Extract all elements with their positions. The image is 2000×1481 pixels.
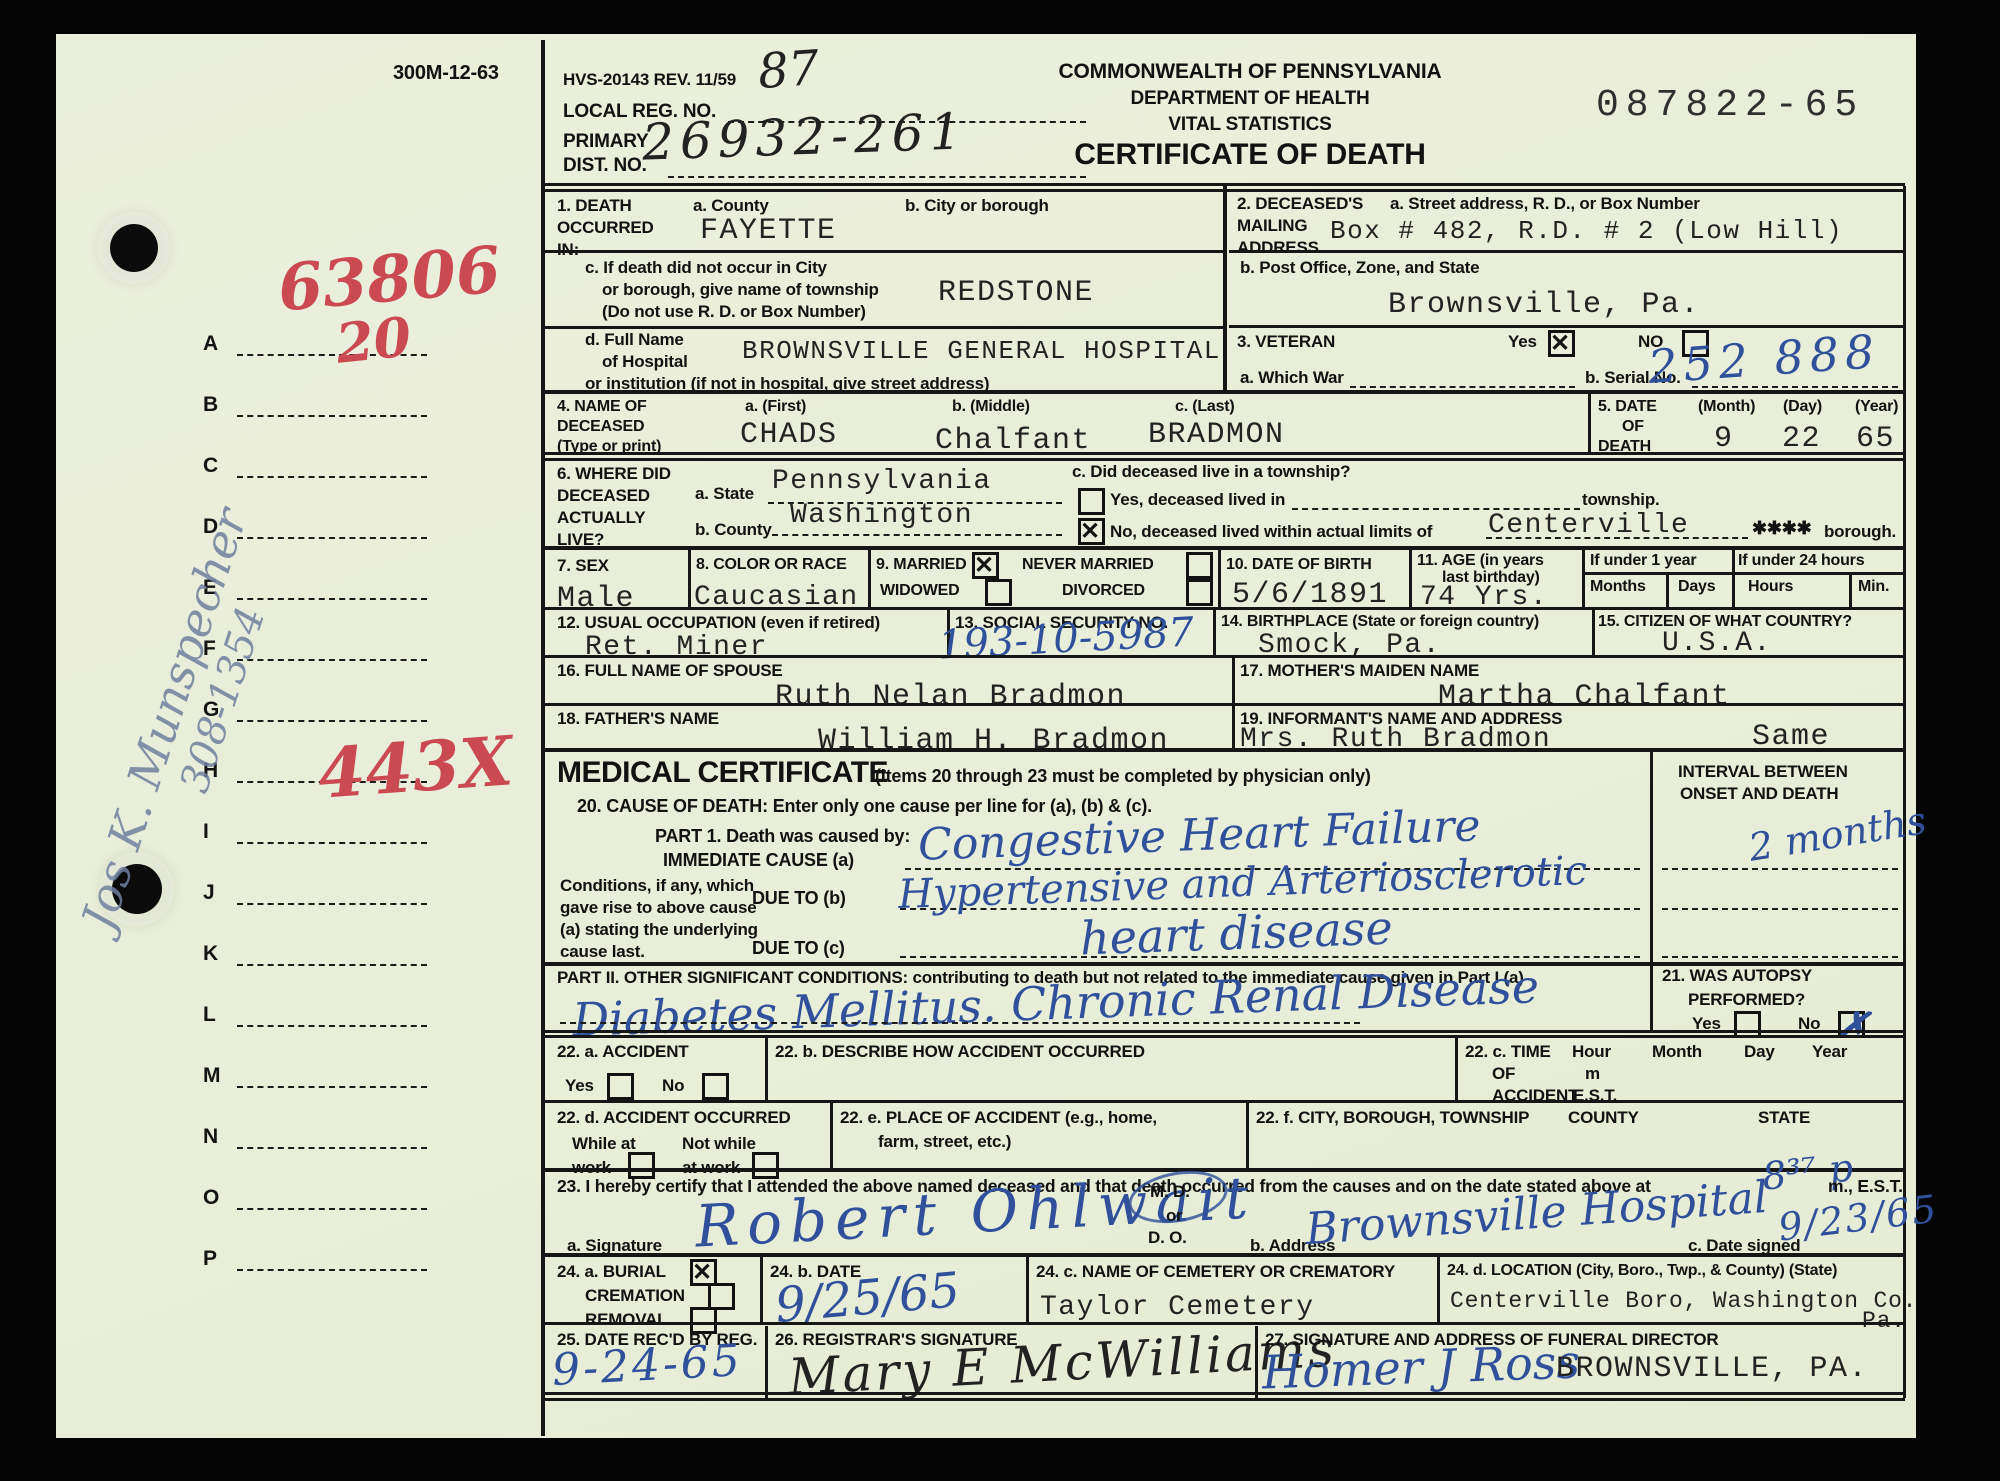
s24-burial-label: 24. a. BURIAL bbox=[557, 1262, 666, 1282]
s18-value: William H. Bradmon bbox=[818, 724, 1169, 758]
rule bbox=[868, 550, 871, 607]
checkbox-never-married[interactable] bbox=[1186, 552, 1213, 579]
s21-label1: 21. WAS AUTOPSY bbox=[1662, 966, 1812, 986]
s20-cond3: (a) stating the underlying bbox=[560, 920, 758, 940]
s22f-state-label: STATE bbox=[1758, 1108, 1810, 1128]
s20-cond4: cause last. bbox=[560, 942, 645, 962]
s5-year-value: 65 bbox=[1856, 422, 1895, 456]
photographed-death-certificate: 300M-12-63 ABCDEFGHIJKLMNOP 63806 20 443… bbox=[0, 0, 2000, 1481]
s3-label: 3. VETERAN bbox=[1237, 332, 1335, 352]
checkbox-autopsy-no[interactable] bbox=[1838, 1011, 1865, 1038]
dotted-line bbox=[900, 956, 1640, 958]
s22f-county-label: COUNTY bbox=[1568, 1108, 1639, 1128]
interval-label1: INTERVAL BETWEEN bbox=[1678, 762, 1848, 782]
s22c-label2: OF bbox=[1492, 1064, 1515, 1084]
margin-letter-N: N bbox=[203, 1125, 218, 1149]
s18-label: 18. FATHER'S NAME bbox=[557, 709, 719, 729]
s27-funeral-director-signature: Homer J Ross bbox=[1261, 1334, 1581, 1399]
s6-num2: DECEASED bbox=[557, 486, 650, 506]
primary-dist-value: 26932-261 bbox=[641, 102, 968, 171]
margin-letter-line bbox=[237, 1086, 427, 1088]
s22b-label: 22. b. DESCRIBE HOW ACCIDENT OCCURRED bbox=[775, 1042, 1145, 1062]
rule bbox=[1455, 1037, 1458, 1100]
s14-label: 14. BIRTHPLACE (State or foreign country… bbox=[1221, 613, 1539, 631]
s22d-notwhile-label: Not while bbox=[682, 1134, 756, 1154]
rule bbox=[1582, 550, 1585, 607]
s1d-label1: d. Full Name bbox=[585, 330, 684, 350]
margin-letter-line bbox=[237, 1147, 427, 1149]
s5-day-label: (Day) bbox=[1783, 398, 1822, 416]
margin-letter-line bbox=[237, 1208, 427, 1210]
dotted-line bbox=[1662, 956, 1898, 958]
s8-label: 8. COLOR OR RACE bbox=[696, 556, 847, 574]
rule bbox=[1437, 1256, 1440, 1322]
s6c-label: c. Did deceased live in a township? bbox=[1072, 462, 1350, 482]
s22a-label: 22. a. ACCIDENT bbox=[557, 1042, 688, 1062]
s22a-no-label: No bbox=[662, 1076, 684, 1096]
s1c-value: REDSTONE bbox=[938, 276, 1094, 310]
s2-num3: ADDRESS bbox=[1237, 238, 1319, 258]
checkbox-lived-township-no[interactable] bbox=[1078, 518, 1105, 545]
s24d-value2: Pa. bbox=[1862, 1308, 1906, 1334]
medical-certificate-title: MEDICAL CERTIFICATE bbox=[557, 756, 888, 790]
s5-day-value: 22 bbox=[1782, 422, 1821, 456]
margin-letter-line bbox=[237, 903, 427, 905]
s6-num: 6. WHERE DID bbox=[557, 464, 671, 484]
s6b-label: b. County bbox=[695, 520, 772, 540]
rule bbox=[1246, 1102, 1249, 1168]
rule bbox=[545, 390, 1905, 394]
file-number-stamp: 087822-65 bbox=[1596, 84, 1864, 127]
red-pencil-note-3: 443X bbox=[315, 721, 515, 814]
rule bbox=[545, 1035, 1905, 1038]
s20-part1-label: PART 1. Death was caused by: bbox=[655, 826, 910, 847]
primary-label: PRIMARY bbox=[563, 131, 649, 153]
s6-strikeout-marks: ✱✱✱✱ bbox=[1752, 518, 1812, 539]
checkbox-not-while-at-work[interactable] bbox=[752, 1152, 779, 1179]
s1c-label1: c. If death did not occur in City bbox=[585, 258, 827, 278]
s1a-label: a. County bbox=[693, 196, 769, 216]
rule bbox=[1229, 250, 1903, 253]
rule bbox=[1232, 657, 1235, 703]
s1d-label2: of Hospital bbox=[602, 352, 688, 372]
checkbox-accident-yes[interactable] bbox=[607, 1073, 634, 1100]
s2b-value: Brownsville, Pa. bbox=[1388, 288, 1700, 322]
s12-label: 12. USUAL OCCUPATION (even if retired) bbox=[557, 613, 880, 633]
s22a-yes-label: Yes bbox=[565, 1076, 594, 1096]
s22d-label: 22. d. ACCIDENT OCCURRED bbox=[557, 1108, 791, 1128]
checkbox-divorced[interactable] bbox=[1186, 579, 1213, 606]
s16-value: Ruth Nelan Bradmon bbox=[775, 680, 1126, 714]
rule bbox=[1582, 572, 1732, 575]
s22f-label: 22. f. CITY, BOROUGH, TOWNSHIP bbox=[1256, 1108, 1529, 1128]
s22c-label1: 22. c. TIME bbox=[1465, 1042, 1551, 1062]
margin-letter-K: K bbox=[203, 942, 218, 966]
s24d-label: 24. d. LOCATION (City, Boro., Twp., & Co… bbox=[1447, 1262, 1837, 1280]
rule bbox=[760, 1256, 763, 1322]
rule bbox=[1255, 1326, 1258, 1398]
s4-middle-label: b. (Middle) bbox=[952, 398, 1030, 416]
s22c-hour-label: Hour bbox=[1572, 1042, 1611, 1062]
rule bbox=[1213, 609, 1216, 655]
s4-first-label: a. (First) bbox=[745, 398, 806, 416]
s4-last-label: c. (Last) bbox=[1175, 398, 1235, 416]
s11-under1yr-label: If under 1 year bbox=[1590, 552, 1696, 570]
margin-letter-line bbox=[237, 1269, 427, 1271]
margin-letter-B: B bbox=[203, 393, 218, 417]
s6a-label: a. State bbox=[695, 484, 754, 504]
checkbox-lived-township-yes[interactable] bbox=[1078, 488, 1105, 515]
department-heading: DEPARTMENT OF HEALTH bbox=[1000, 88, 1500, 110]
s9-widowed-label: WIDOWED bbox=[880, 582, 959, 600]
s4-num2: DECEASED bbox=[557, 418, 644, 436]
dotted-line bbox=[668, 176, 1086, 178]
hole-punch-top bbox=[110, 224, 158, 272]
rule bbox=[545, 748, 1905, 752]
rule bbox=[1732, 550, 1735, 607]
s4-num: 4. NAME OF bbox=[557, 398, 647, 416]
s5-month-value: 9 bbox=[1714, 422, 1734, 456]
s24c-value: Taylor Cemetery bbox=[1040, 1292, 1315, 1323]
checkbox-while-at-work[interactable] bbox=[628, 1152, 655, 1179]
s1c-label3: (Do not use R. D. or Box Number) bbox=[602, 302, 866, 322]
rule bbox=[688, 550, 691, 607]
s10-label: 10. DATE OF BIRTH bbox=[1226, 556, 1372, 574]
s2-num2: MAILING bbox=[1237, 216, 1307, 236]
commonwealth-heading: COMMONWEALTH OF PENNSYLVANIA bbox=[1000, 60, 1500, 84]
rule bbox=[545, 1030, 1905, 1033]
rule bbox=[545, 1398, 1905, 1401]
s20-cond2: gave rise to above cause bbox=[560, 898, 756, 918]
s1a-value: FAYETTE bbox=[700, 214, 837, 248]
rule bbox=[545, 1253, 1905, 1257]
checkbox-veteran-yes[interactable] bbox=[1548, 330, 1575, 357]
s1d-value: BROWNSVILLE GENERAL HOSPITAL bbox=[742, 336, 1221, 366]
form-number: HVS-20143 REV. 11/59 bbox=[563, 70, 736, 90]
s6a-value: Pennsylvania bbox=[772, 466, 992, 497]
s6-township-label: township. bbox=[1582, 490, 1660, 510]
s22c-day-label: Day bbox=[1744, 1042, 1775, 1062]
rule bbox=[765, 1037, 768, 1100]
s4-last-value: BRADMON bbox=[1148, 418, 1285, 452]
s2b-label: b. Post Office, Zone, and State bbox=[1240, 258, 1479, 278]
s3-yes-label: Yes bbox=[1508, 332, 1537, 352]
s23-md-label: M. D. bbox=[1150, 1182, 1190, 1202]
interval-label2: ONSET AND DEATH bbox=[1680, 784, 1839, 804]
rule bbox=[545, 546, 1905, 550]
s22c-year-label: Year bbox=[1812, 1042, 1847, 1062]
s22e-label2: farm, street, etc.) bbox=[878, 1132, 1011, 1152]
rule bbox=[1849, 572, 1852, 607]
dotted-line bbox=[772, 534, 1062, 536]
s20-immediate-label: IMMEDIATE CAUSE (a) bbox=[663, 850, 854, 871]
s22c-month-label: Month bbox=[1652, 1042, 1702, 1062]
s9-divorced-label: DIVORCED bbox=[1062, 582, 1145, 600]
checkbox-burial[interactable] bbox=[690, 1259, 717, 1286]
checkbox-cremation[interactable] bbox=[708, 1283, 735, 1310]
s5-year-label: (Year) bbox=[1855, 398, 1898, 416]
s24-removal-label: REMOVAL bbox=[585, 1310, 667, 1330]
s17-label: 17. MOTHER'S MAIDEN NAME bbox=[1240, 661, 1479, 681]
s6-no-label: No, deceased lived within actual limits … bbox=[1110, 522, 1432, 542]
s9-married-label: 9. MARRIED bbox=[876, 556, 966, 574]
checkbox-autopsy-yes[interactable] bbox=[1734, 1011, 1761, 1038]
margin-letter-line bbox=[237, 964, 427, 966]
s22c-m-label: m bbox=[1585, 1064, 1600, 1084]
certificate-title: CERTIFICATE OF DEATH bbox=[1000, 138, 1500, 172]
rule bbox=[1409, 550, 1412, 607]
rule bbox=[545, 1392, 1905, 1395]
rule bbox=[1218, 550, 1221, 607]
dist-no-label: DIST. NO. bbox=[563, 155, 647, 177]
s1-num2: OCCURRED bbox=[557, 218, 654, 238]
checkbox-widowed[interactable] bbox=[985, 579, 1012, 606]
rule bbox=[545, 607, 1905, 610]
s7-label: 7. SEX bbox=[557, 556, 609, 576]
s20-dueb-label: DUE TO (b) bbox=[752, 888, 846, 909]
rule bbox=[545, 250, 1223, 253]
print-code: 300M-12-63 bbox=[393, 62, 499, 85]
s22c-label3: ACCIDENT bbox=[1492, 1086, 1578, 1106]
rule bbox=[1732, 572, 1903, 575]
checkbox-accident-no[interactable] bbox=[702, 1073, 729, 1100]
s20-cond1: Conditions, if any, which bbox=[560, 876, 754, 896]
s24c-label: 24. c. NAME OF CEMETERY OR CREMATORY bbox=[1036, 1262, 1395, 1282]
margin-letter-A: A bbox=[203, 332, 218, 356]
rule bbox=[545, 452, 1905, 455]
dotted-line bbox=[560, 1022, 1360, 1024]
rule bbox=[1592, 609, 1595, 655]
s3-war-label: a. Which War bbox=[1240, 368, 1344, 388]
s20-duec-label: DUE TO (c) bbox=[752, 938, 845, 959]
s22e-label1: 22. e. PLACE OF ACCIDENT (e.g., home, bbox=[840, 1108, 1157, 1128]
s1b-label: b. City or borough bbox=[905, 196, 1049, 216]
margin-letter-O: O bbox=[203, 1186, 219, 1210]
margin-letter-line bbox=[237, 720, 427, 722]
dotted-line bbox=[1350, 386, 1575, 388]
vital-statistics-heading: VITAL STATISTICS bbox=[1000, 114, 1500, 136]
s5-month-label: (Month) bbox=[1698, 398, 1755, 416]
s11-min-label: Min. bbox=[1858, 578, 1889, 596]
s22d-whileat-label: While at bbox=[572, 1134, 636, 1154]
rule bbox=[1229, 325, 1903, 328]
s23-do-label: D. O. bbox=[1148, 1228, 1187, 1248]
rule bbox=[545, 1322, 1905, 1325]
rule bbox=[545, 326, 1223, 329]
rule bbox=[545, 655, 1905, 658]
s5-num: 5. DATE bbox=[1598, 398, 1657, 416]
rule bbox=[1232, 705, 1235, 748]
s16-label: 16. FULL NAME OF SPOUSE bbox=[557, 661, 783, 681]
margin-letter-P: P bbox=[203, 1247, 217, 1271]
s7-value: Male bbox=[557, 582, 635, 616]
margin-letter-J: J bbox=[203, 881, 215, 905]
margin-letter-L: L bbox=[203, 1003, 216, 1027]
s23-or-label: or bbox=[1166, 1206, 1183, 1226]
s2a-label: a. Street address, R. D., or Box Number bbox=[1390, 194, 1700, 214]
s11-days-label: Days bbox=[1678, 578, 1715, 596]
s24-cremation-label: CREMATION bbox=[585, 1286, 685, 1306]
s11-hours-label: Hours bbox=[1748, 578, 1793, 596]
rule bbox=[1223, 186, 1227, 392]
rule bbox=[765, 1326, 768, 1398]
s11-months-label: Months bbox=[1590, 578, 1646, 596]
s24d-value: Centerville Boro, Washington Co. bbox=[1450, 1288, 1917, 1314]
margin-letter-line bbox=[237, 659, 427, 661]
rule bbox=[545, 458, 1905, 461]
s6b-value: Washington bbox=[790, 500, 973, 531]
s22c-est-label: E.S.T. bbox=[1573, 1086, 1617, 1106]
margin-letter-M: M bbox=[203, 1064, 221, 1088]
s2a-value: Box # 482, R.D. # 2 (Low Hill) bbox=[1330, 216, 1843, 246]
local-reg-value: 87 bbox=[756, 40, 821, 100]
s27-address-value: BROWNSVILLE, PA. bbox=[1556, 1352, 1868, 1386]
checkbox-married[interactable] bbox=[972, 552, 999, 579]
rule bbox=[1666, 572, 1669, 607]
s9-never-label: NEVER MARRIED bbox=[1022, 556, 1154, 574]
rule bbox=[545, 1100, 1905, 1103]
rule bbox=[1588, 394, 1591, 452]
s6-yes-label: Yes, deceased lived in bbox=[1110, 490, 1285, 510]
s4-first-value: CHADS bbox=[740, 418, 838, 452]
s1-num: 1. DEATH bbox=[557, 196, 632, 216]
s1c-label2: or borough, give name of township bbox=[602, 280, 879, 300]
s6-num3: ACTUALLY bbox=[557, 508, 645, 528]
rule bbox=[545, 703, 1905, 706]
rule bbox=[1650, 750, 1653, 1032]
dotted-line bbox=[1486, 537, 1748, 539]
margin-letter-line bbox=[237, 842, 427, 844]
rule bbox=[1026, 1256, 1029, 1322]
s6-borough-label: borough. bbox=[1824, 522, 1896, 542]
s25-value: 9-24-65 bbox=[551, 1335, 744, 1396]
dotted-line bbox=[1662, 868, 1898, 870]
s5-num2: OF bbox=[1622, 418, 1644, 436]
s21-label2: PERFORMED? bbox=[1688, 990, 1805, 1010]
medical-certificate-subtitle: (Items 20 through 23 must be completed b… bbox=[875, 766, 1371, 787]
margin-letter-line bbox=[237, 1025, 427, 1027]
rule bbox=[830, 1102, 833, 1168]
s2-num: 2. DECEASED'S bbox=[1237, 194, 1363, 214]
s12-value: Ret. Miner bbox=[585, 632, 768, 663]
s11-label1: 11. AGE (in years bbox=[1417, 552, 1544, 570]
s11-under24h-label: If under 24 hours bbox=[1738, 552, 1864, 570]
dotted-line bbox=[1662, 908, 1898, 910]
